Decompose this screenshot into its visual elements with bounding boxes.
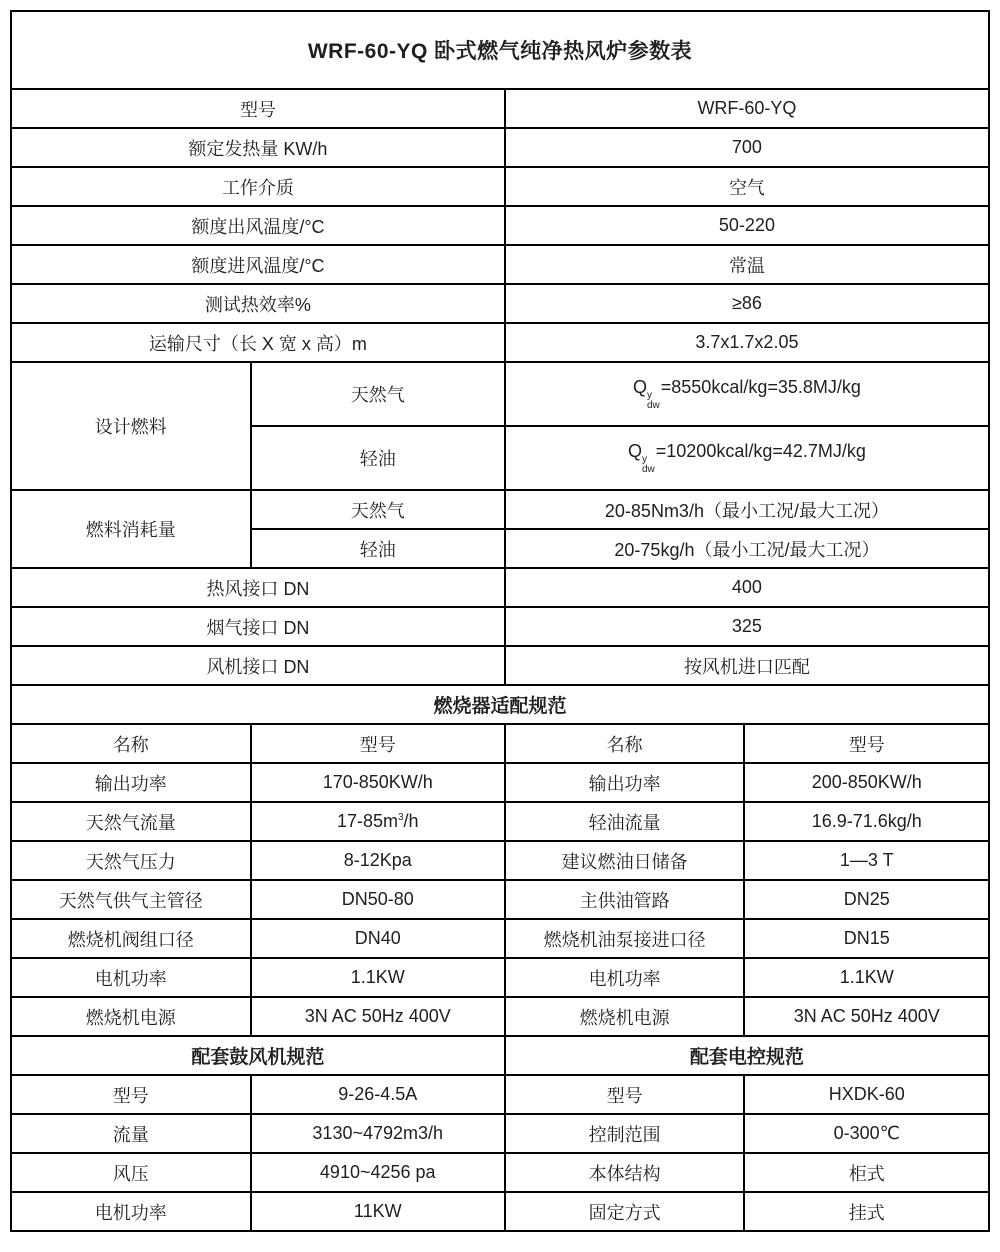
value-cell: 4910~4256 pa xyxy=(251,1153,505,1192)
label-cell: 固定方式 xyxy=(505,1192,745,1231)
label-cell: 电机功率 xyxy=(11,958,251,997)
section-header-burner: 燃烧器适配规范 xyxy=(11,685,989,724)
value-cell: 1.1KW xyxy=(251,958,505,997)
q-supsub: ydw xyxy=(647,391,660,412)
value-cell: 1.1KW xyxy=(744,958,989,997)
value-cell: 8-12Kpa xyxy=(251,841,505,880)
value-cell: 3130~4792m3/h xyxy=(251,1114,505,1153)
value-cell: 17-85m3/h xyxy=(251,802,505,841)
table-row: 风机接口 DN 按风机进口匹配 xyxy=(11,646,989,685)
fuel-type-cell: 轻油 xyxy=(251,529,505,568)
value-cell: 9-26-4.5A xyxy=(251,1075,505,1114)
value-cell: 1—3 T xyxy=(744,841,989,880)
label-cell: 额度进风温度/°C xyxy=(11,245,505,284)
q-base: Q xyxy=(633,377,647,397)
value-cell: 11KW xyxy=(251,1192,505,1231)
column-header-cell: 型号 xyxy=(251,724,505,763)
table-row: 配套鼓风机规范 配套电控规范 xyxy=(11,1036,989,1075)
table-row: 天然气流量 17-85m3/h 轻油流量 16.9-71.6kg/h xyxy=(11,802,989,841)
table-row: 风压 4910~4256 pa 本体结构 柜式 xyxy=(11,1153,989,1192)
fuel-type-cell: 天然气 xyxy=(251,362,505,426)
label-cell: 型号 xyxy=(505,1075,745,1114)
value-cell: 3N AC 50Hz 400V xyxy=(744,997,989,1036)
column-header-cell: 名称 xyxy=(11,724,251,763)
group-label-cell: 燃料消耗量 xyxy=(11,490,251,568)
label-cell: 运输尺寸（长 X 宽 x 高）m xyxy=(11,323,505,362)
value-base: 17-85m xyxy=(337,811,398,831)
table-row: 名称 型号 名称 型号 xyxy=(11,724,989,763)
label-cell: 额定发热量 KW/h xyxy=(11,128,505,167)
table-row: 燃料消耗量 天然气 20-85Nm3/h（最小工况/最大工况） xyxy=(11,490,989,529)
value-cell: Qydw=10200kcal/kg=42.7MJ/kg xyxy=(505,426,989,490)
value-cell: HXDK-60 xyxy=(744,1075,989,1114)
value-cell: WRF-60-YQ xyxy=(505,89,989,128)
label-cell: 流量 xyxy=(11,1114,251,1153)
label-cell: 电机功率 xyxy=(505,958,745,997)
value-cell: 空气 xyxy=(505,167,989,206)
label-cell: 电机功率 xyxy=(11,1192,251,1231)
value-cell: 700 xyxy=(505,128,989,167)
q-sub: dw xyxy=(647,401,660,412)
label-cell: 天然气供气主管径 xyxy=(11,880,251,919)
column-header-cell: 型号 xyxy=(744,724,989,763)
value-cell: 325 xyxy=(505,607,989,646)
label-cell: 风压 xyxy=(11,1153,251,1192)
table-row: WRF-60-YQ 卧式燃气纯净热风炉参数表 xyxy=(11,11,989,89)
label-cell: 燃烧机电源 xyxy=(505,997,745,1036)
value-cell: 20-85Nm3/h（最小工况/最大工况） xyxy=(505,490,989,529)
table-row: 燃烧机阀组口径 DN40 燃烧机油泵接进口径 DN15 xyxy=(11,919,989,958)
q-rest: =10200kcal/kg=42.7MJ/kg xyxy=(656,441,866,461)
label-cell: 控制范围 xyxy=(505,1114,745,1153)
value-rest: /h xyxy=(404,811,419,831)
table-row: 工作介质 空气 xyxy=(11,167,989,206)
table-row: 额度出风温度/°C 50-220 xyxy=(11,206,989,245)
table-row: 天然气供气主管径 DN50-80 主供油管路 DN25 xyxy=(11,880,989,919)
value-cell: DN40 xyxy=(251,919,505,958)
label-cell: 测试热效率% xyxy=(11,284,505,323)
label-cell: 燃烧机油泵接进口径 xyxy=(505,919,745,958)
label-cell: 输出功率 xyxy=(505,763,745,802)
label-cell: 主供油管路 xyxy=(505,880,745,919)
table-row: 烟气接口 DN 325 xyxy=(11,607,989,646)
value-cell: ≥86 xyxy=(505,284,989,323)
furnace-spec-table: WRF-60-YQ 卧式燃气纯净热风炉参数表 型号 WRF-60-YQ 额定发热… xyxy=(10,10,990,1232)
label-cell: 轻油流量 xyxy=(505,802,745,841)
label-cell: 天然气流量 xyxy=(11,802,251,841)
value-cell: 50-220 xyxy=(505,206,989,245)
label-cell: 型号 xyxy=(11,89,505,128)
fuel-type-cell: 天然气 xyxy=(251,490,505,529)
column-header-cell: 名称 xyxy=(505,724,745,763)
value-cell: 16.9-71.6kg/h xyxy=(744,802,989,841)
q-base: Q xyxy=(628,441,642,461)
label-cell: 输出功率 xyxy=(11,763,251,802)
label-cell: 天然气压力 xyxy=(11,841,251,880)
spec-sheet-page: WRF-60-YQ 卧式燃气纯净热风炉参数表 型号 WRF-60-YQ 额定发热… xyxy=(0,0,1000,1252)
table-row: 设计燃料 天然气 Qydw=8550kcal/kg=35.8MJ/kg xyxy=(11,362,989,426)
value-cell: 3N AC 50Hz 400V xyxy=(251,997,505,1036)
label-cell: 额度出风温度/°C xyxy=(11,206,505,245)
label-cell: 本体结构 xyxy=(505,1153,745,1192)
value-cell: DN15 xyxy=(744,919,989,958)
value-cell: DN50-80 xyxy=(251,880,505,919)
value-cell: 挂式 xyxy=(744,1192,989,1231)
table-row: 电机功率 11KW 固定方式 挂式 xyxy=(11,1192,989,1231)
table-row: 运输尺寸（长 X 宽 x 高）m 3.7x1.7x2.05 xyxy=(11,323,989,362)
q-supsub: ydw xyxy=(642,455,655,476)
label-cell: 燃烧机阀组口径 xyxy=(11,919,251,958)
group-label-cell: 设计燃料 xyxy=(11,362,251,490)
value-cell: 20-75kg/h（最小工况/最大工况） xyxy=(505,529,989,568)
value-cell: DN25 xyxy=(744,880,989,919)
table-row: 燃烧机电源 3N AC 50Hz 400V 燃烧机电源 3N AC 50Hz 4… xyxy=(11,997,989,1036)
table-row: 型号 WRF-60-YQ xyxy=(11,89,989,128)
section-header-blower: 配套鼓风机规范 xyxy=(11,1036,505,1075)
value-cell: 3.7x1.7x2.05 xyxy=(505,323,989,362)
table-row: 燃烧器适配规范 xyxy=(11,685,989,724)
label-cell: 烟气接口 DN xyxy=(11,607,505,646)
value-cell: 400 xyxy=(505,568,989,607)
label-cell: 热风接口 DN xyxy=(11,568,505,607)
value-cell: 170-850KW/h xyxy=(251,763,505,802)
label-cell: 风机接口 DN xyxy=(11,646,505,685)
q-rest: =8550kcal/kg=35.8MJ/kg xyxy=(661,377,861,397)
table-row: 额定发热量 KW/h 700 xyxy=(11,128,989,167)
label-cell: 型号 xyxy=(11,1075,251,1114)
page-title: WRF-60-YQ 卧式燃气纯净热风炉参数表 xyxy=(11,11,989,89)
label-cell: 工作介质 xyxy=(11,167,505,206)
table-row: 测试热效率% ≥86 xyxy=(11,284,989,323)
table-row: 热风接口 DN 400 xyxy=(11,568,989,607)
table-row: 输出功率 170-850KW/h 输出功率 200-850KW/h xyxy=(11,763,989,802)
value-cell: Qydw=8550kcal/kg=35.8MJ/kg xyxy=(505,362,989,426)
value-cell: 常温 xyxy=(505,245,989,284)
table-row: 天然气压力 8-12Kpa 建议燃油日储备 1—3 T xyxy=(11,841,989,880)
label-cell: 燃烧机电源 xyxy=(11,997,251,1036)
value-cell: 按风机进口匹配 xyxy=(505,646,989,685)
table-row: 电机功率 1.1KW 电机功率 1.1KW xyxy=(11,958,989,997)
label-cell: 建议燃油日储备 xyxy=(505,841,745,880)
fuel-type-cell: 轻油 xyxy=(251,426,505,490)
value-cell: 柜式 xyxy=(744,1153,989,1192)
section-header-control: 配套电控规范 xyxy=(505,1036,989,1075)
value-cell: 200-850KW/h xyxy=(744,763,989,802)
table-row: 额度进风温度/°C 常温 xyxy=(11,245,989,284)
q-sub: dw xyxy=(642,465,655,476)
table-row: 流量 3130~4792m3/h 控制范围 0-300℃ xyxy=(11,1114,989,1153)
value-cell: 0-300℃ xyxy=(744,1114,989,1153)
table-row: 型号 9-26-4.5A 型号 HXDK-60 xyxy=(11,1075,989,1114)
